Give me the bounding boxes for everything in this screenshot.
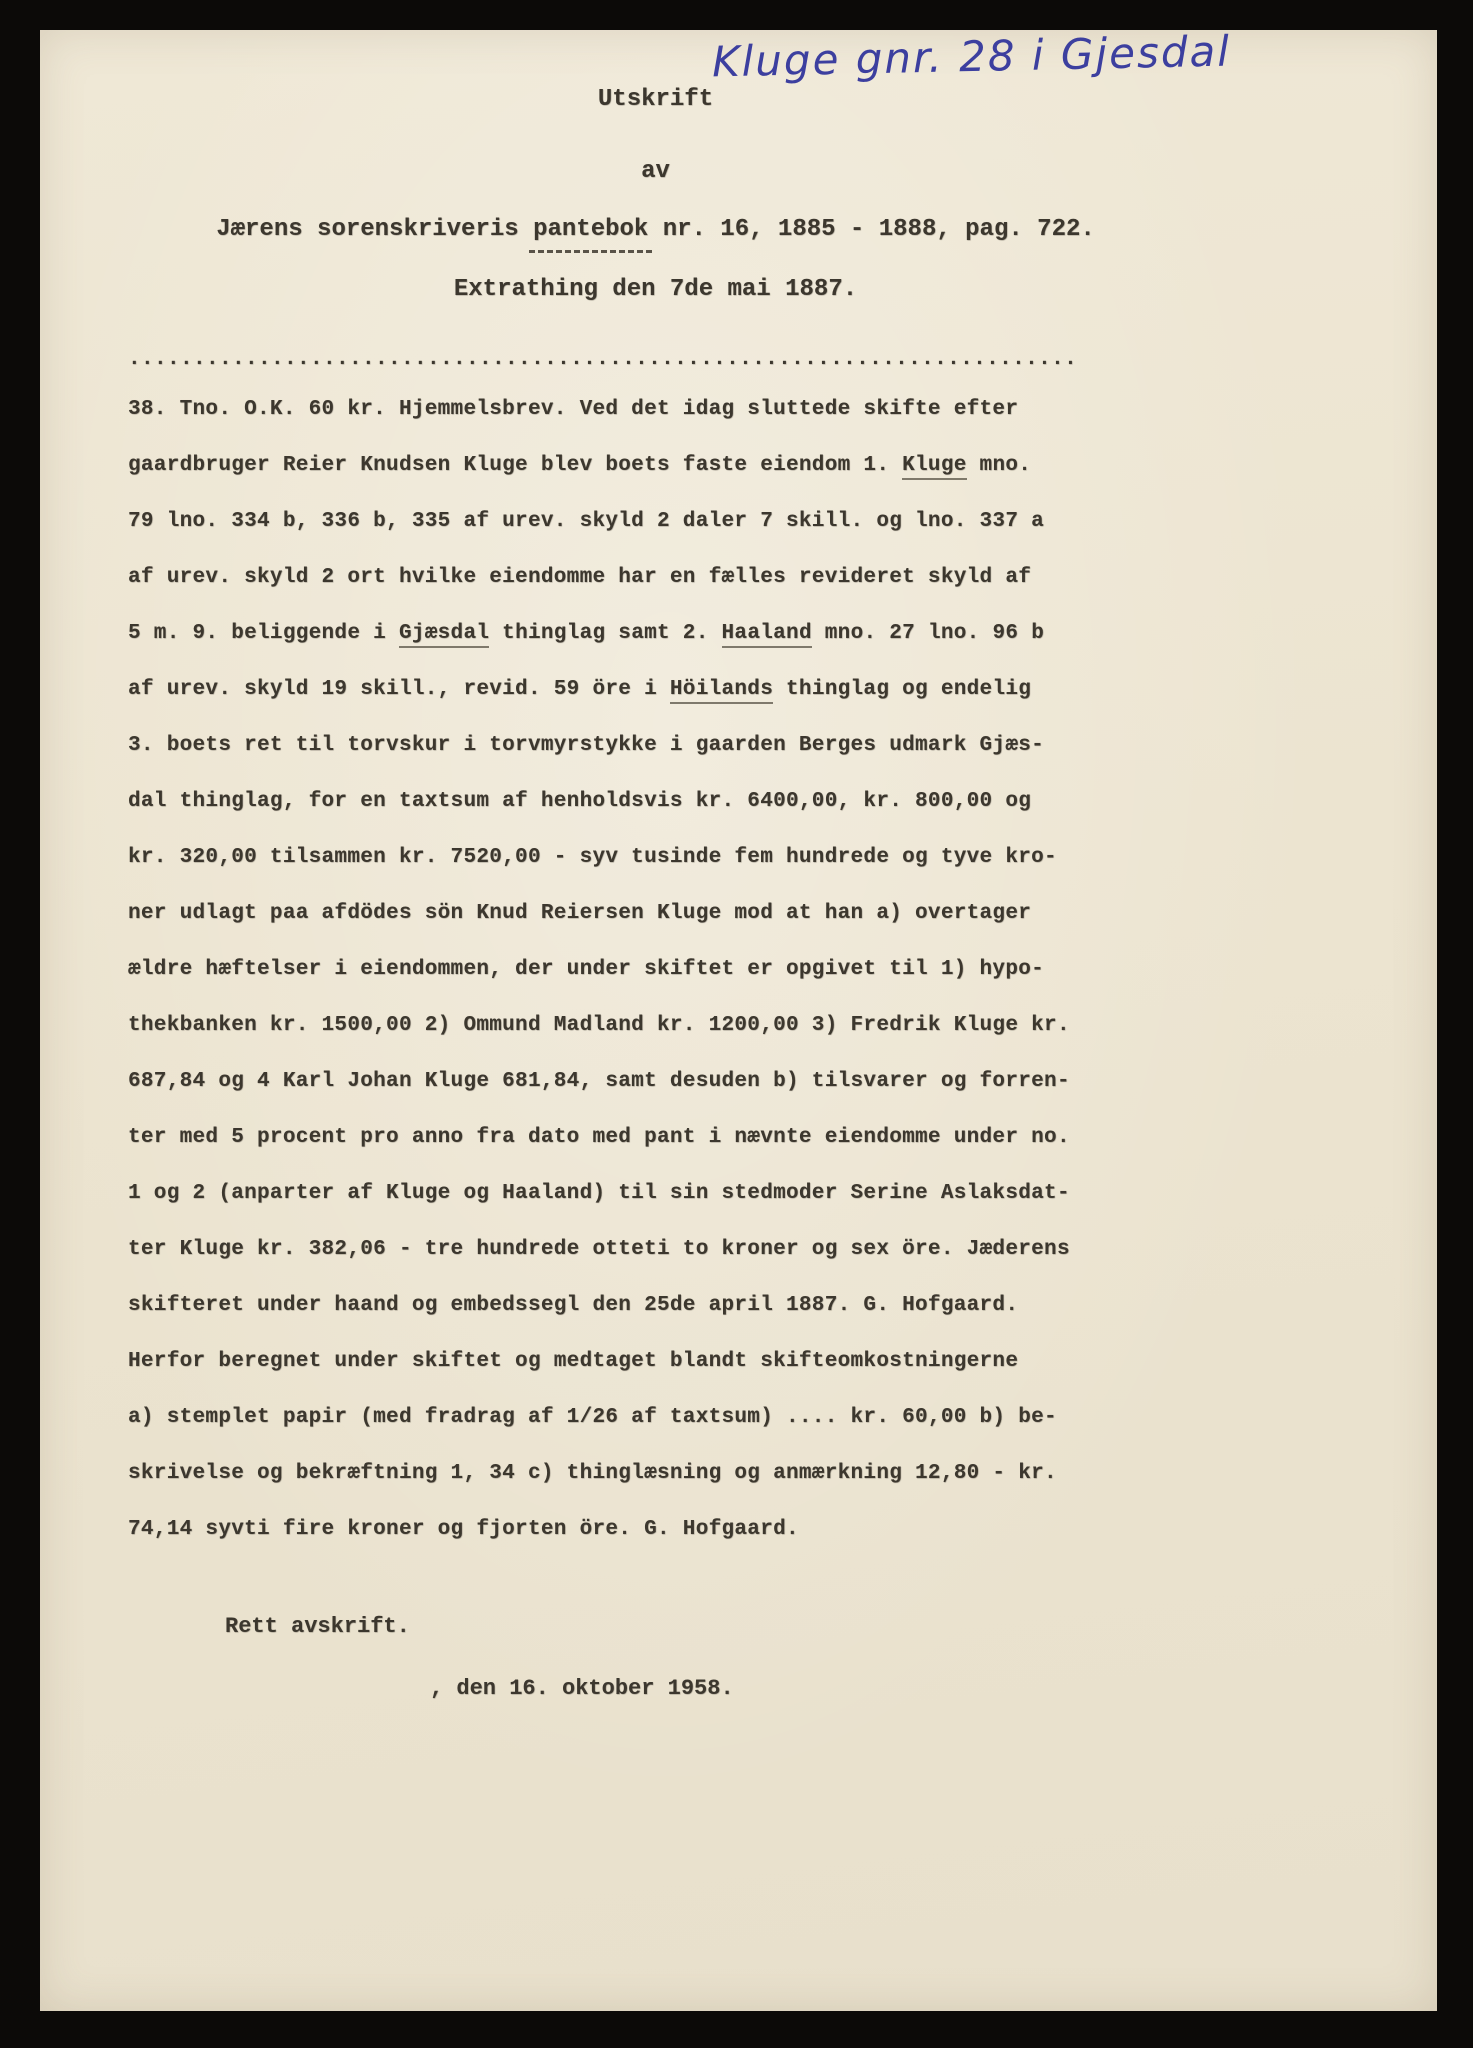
body-line: 5 m. 9. beliggende i Gjæsdal thinglag sa… <box>128 606 1368 662</box>
body-segment: mno. <box>967 454 1032 477</box>
underlined-word: Gjæsdal <box>399 622 489 648</box>
document-title: Utskrift <box>0 86 1354 113</box>
body-line: dal thinglag, for en taxtsum af henholds… <box>128 774 1368 830</box>
body-line: 38. Tno. O.K. 60 kr. Hjemmelsbrev. Ved d… <box>128 382 1368 438</box>
handwritten-annotation: Kluge gnr. 28 i Gjesdal <box>712 27 1232 87</box>
body-text: 38. Tno. O.K. 60 kr. Hjemmelsbrev. Ved d… <box>128 382 1368 1558</box>
body-segment: ter med 5 procent pro anno fra dato med … <box>128 1126 1070 1149</box>
source-line-pre: Jærens sorenskriveris <box>216 216 533 243</box>
date-line: , den 16. oktober 1958. <box>430 1676 734 1701</box>
body-line: gaardbruger Reier Knudsen Kluge blev boe… <box>128 438 1368 494</box>
body-segment: thinglag og endelig <box>773 678 1031 701</box>
body-line: ældre hæftelser i eiendommen, der under … <box>128 942 1368 998</box>
body-line: a) stemplet papir (med fradrag af 1/26 a… <box>128 1390 1368 1446</box>
body-line: af urev. skyld 2 ort hvilke eiendomme ha… <box>128 550 1368 606</box>
body-line: 1 og 2 (anparter af Kluge og Haaland) ti… <box>128 1166 1368 1222</box>
source-line-emphasized: pantebok <box>533 216 648 243</box>
body-segment: 38. Tno. O.K. 60 kr. Hjemmelsbrev. Ved d… <box>128 398 1018 421</box>
body-line: 3. boets ret til torvskur i torvmyrstykk… <box>128 718 1368 774</box>
body-line: Herfor beregnet under skiftet og medtage… <box>128 1334 1368 1390</box>
body-segment: 74,14 syvti fire kroner og fjorten öre. … <box>128 1518 799 1541</box>
body-line: 687,84 og 4 Karl Johan Kluge 681,84, sam… <box>128 1054 1368 1110</box>
certification-line: Rett avskrift. <box>225 1614 410 1639</box>
body-line: thekbanken kr. 1500,00 2) Ommund Madland… <box>128 998 1368 1054</box>
body-segment: ter Kluge kr. 382,06 - tre hundrede otte… <box>128 1238 1070 1261</box>
dotted-separator: ........................................… <box>128 348 1077 371</box>
underlined-word: Kluge <box>902 454 967 480</box>
session-line: Extrathing den 7de mai 1887. <box>0 276 1354 303</box>
body-line: ter Kluge kr. 382,06 - tre hundrede otte… <box>128 1222 1368 1278</box>
body-line: 74,14 syvti fire kroner og fjorten öre. … <box>128 1502 1368 1558</box>
body-segment: 79 lno. 334 b, 336 b, 335 af urev. skyld… <box>128 510 1044 533</box>
body-segment: thinglag samt 2. <box>489 622 721 645</box>
body-segment: dal thinglag, for en taxtsum af henholds… <box>128 790 1031 813</box>
body-segment: gaardbruger Reier Knudsen Kluge blev boe… <box>128 454 902 477</box>
body-segment: ner udlagt paa afdödes sön Knud Reiersen… <box>128 902 1031 925</box>
body-segment: thekbanken kr. 1500,00 2) Ommund Madland… <box>128 1014 1070 1037</box>
body-segment: 5 m. 9. beliggende i <box>128 622 399 645</box>
source-line: Jærens sorenskriveris pantebok nr. 16, 1… <box>0 216 1354 243</box>
body-segment: 687,84 og 4 Karl Johan Kluge 681,84, sam… <box>128 1070 1070 1093</box>
body-line: 79 lno. 334 b, 336 b, 335 af urev. skyld… <box>128 494 1368 550</box>
body-segment: 3. boets ret til torvskur i torvmyrstykk… <box>128 734 1044 757</box>
body-segment: kr. 320,00 tilsammen kr. 7520,00 - syv t… <box>128 846 1057 869</box>
document-page: Kluge gnr. 28 i Gjesdal Utskrift av Jære… <box>40 30 1437 2011</box>
body-segment: skifteret under haand og embedssegl den … <box>128 1294 1018 1317</box>
body-segment: a) stemplet papir (med fradrag af 1/26 a… <box>128 1406 1057 1429</box>
underlined-word: Höilands <box>670 678 773 704</box>
underlined-word: Haaland <box>722 622 812 648</box>
body-segment: af urev. skyld 2 ort hvilke eiendomme ha… <box>128 566 1031 589</box>
body-segment: skrivelse og bekræftning 1, 34 c) thingl… <box>128 1462 1057 1485</box>
body-segment: mno. 27 lno. 96 b <box>812 622 1044 645</box>
body-line: ter med 5 procent pro anno fra dato med … <box>128 1110 1368 1166</box>
body-segment: 1 og 2 (anparter af Kluge og Haaland) ti… <box>128 1182 1070 1205</box>
body-line: skifteret under haand og embedssegl den … <box>128 1278 1368 1334</box>
body-line: kr. 320,00 tilsammen kr. 7520,00 - syv t… <box>128 830 1368 886</box>
body-segment: Herfor beregnet under skiftet og medtage… <box>128 1350 1018 1373</box>
body-segment: af urev. skyld 19 skill., revid. 59 öre … <box>128 678 670 701</box>
body-segment: ældre hæftelser i eiendommen, der under … <box>128 958 1044 981</box>
document-subtitle: av <box>0 158 1354 185</box>
body-line: ner udlagt paa afdödes sön Knud Reiersen… <box>128 886 1368 942</box>
source-line-post: nr. 16, 1885 - 1888, pag. 722. <box>648 216 1094 243</box>
body-line: af urev. skyld 19 skill., revid. 59 öre … <box>128 662 1368 718</box>
body-line: skrivelse og bekræftning 1, 34 c) thingl… <box>128 1446 1368 1502</box>
